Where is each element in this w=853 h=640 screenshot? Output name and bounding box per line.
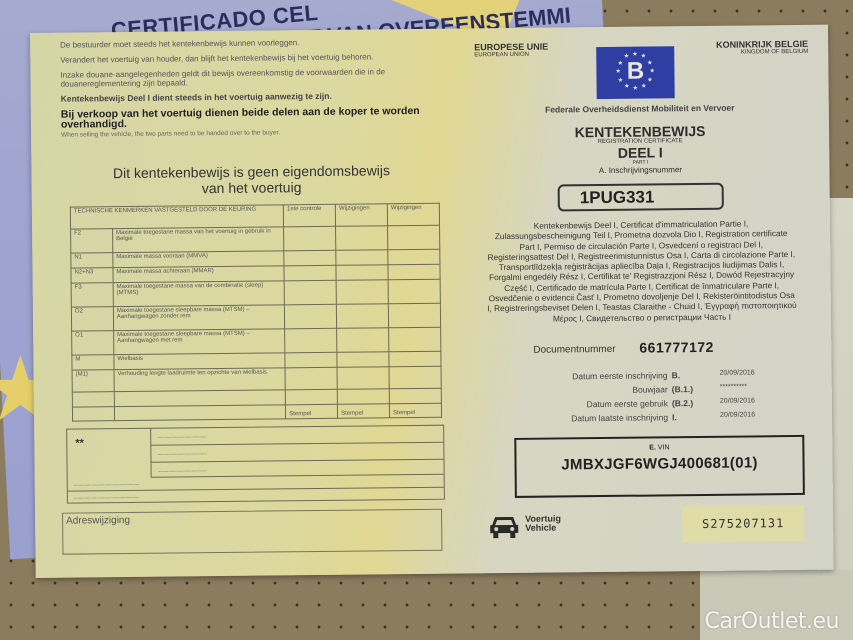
technical-specs-table: TECHNISCHE KENMERKEN VASTGESTELD DOOR DE…: [70, 203, 442, 422]
eu-label: EUROPESE UNIE: [474, 42, 548, 53]
flag-star-icon: ★: [647, 77, 652, 83]
intro-line-3: Inzake douane-aangelegenheden geldt dit …: [60, 67, 440, 89]
date-label: Datum eerste gebruik: [587, 398, 668, 409]
certificate-title-block: KENTEKENBEWIJS REGISTRATION CERTIFICATE …: [451, 123, 830, 178]
vin-label-text: VIN: [658, 444, 670, 451]
tech-value-cell: [286, 389, 338, 405]
country-letter: B: [624, 59, 646, 85]
date-code: B.: [672, 370, 681, 380]
intro-line-2: Verandert het voertuig van houder, dan b…: [60, 52, 440, 65]
tech-description: Maximale toegestane sleepbare massa (MTS…: [113, 305, 285, 331]
notes-marker: **: [75, 437, 84, 449]
date-code: (B.2.): [672, 398, 693, 408]
ownership-notice: Dit kentekenbewijs is geen eigendomsbewi…: [81, 162, 421, 198]
tech-value-cell: [337, 328, 389, 353]
tech-value-cell: [336, 280, 388, 305]
notes-box: ** .....................................…: [66, 425, 445, 504]
tech-code: F2: [71, 229, 113, 253]
tech-value-cell: [389, 388, 441, 404]
tech-value-cell: [285, 367, 337, 390]
tech-table-column-header: Wijzigingen: [387, 203, 439, 226]
tech-value-cell: [285, 328, 337, 353]
tech-value-cell: [389, 366, 441, 389]
notes-full-line: ........................................…: [68, 488, 444, 505]
certificate-left-panel: De bestuurder moet steeds het kentekenbe…: [30, 29, 456, 578]
stamp-label: Stempel: [338, 404, 390, 419]
tech-code: N2+N3: [71, 268, 113, 283]
tech-value-cell: [337, 352, 389, 368]
tech-value-cell: [337, 367, 389, 390]
intro-line-1: De bestuurder moet steeds het kentekenbe…: [60, 37, 440, 50]
flag-star-icon: ★: [649, 68, 654, 74]
tech-value-cell: [388, 303, 440, 328]
eu-belgium-flag-icon: ★★★★★★★★★★★★ B: [596, 46, 675, 99]
tech-table-column-header: Wijzigingen: [335, 204, 387, 227]
date-code: I.: [672, 412, 677, 422]
date-code: (B.1.): [672, 384, 693, 394]
tech-value-cell: [336, 250, 388, 266]
tech-value-cell: [388, 249, 440, 265]
address-change-box: Adreswijziging: [62, 509, 442, 555]
tech-code: (M1): [72, 370, 114, 392]
empty-cell: [72, 407, 114, 421]
tech-value-cell: [389, 327, 441, 352]
tech-value-cell: [284, 250, 336, 266]
tech-code: [72, 392, 114, 407]
tech-value-cell: [336, 226, 388, 251]
tech-value-cell: [285, 304, 337, 329]
vin-box: E. VIN JMBXJGF6WGJ400681(01): [514, 435, 805, 498]
tech-value-cell: [388, 279, 440, 304]
notes-marker-cell: [67, 429, 152, 479]
vehicle-label-en: Vehicle: [525, 523, 561, 532]
date-row: Datum laatste inschrijvingI.20/09/2016: [484, 411, 814, 428]
dates-list: Datum eerste inschrijvingB.20/09/2016Bou…: [484, 369, 815, 428]
tech-code: O2: [71, 307, 113, 331]
intro-text: De bestuurder moet steeds het kentekenbe…: [60, 37, 441, 146]
tech-value-cell: [388, 264, 440, 280]
date-value: 20/09/2016: [720, 397, 755, 404]
eu-star-icon: ★: [0, 350, 30, 430]
country-header: KONINKRIJK BELGIE KINGDOM OF BELGIUM: [716, 39, 808, 56]
document-number-label: Documentnummer: [533, 344, 615, 356]
multilingual-title: Kentekenbewijs Deel I, Certificat d'imma…: [486, 218, 797, 324]
eu-label-en: EUROPEAN UNION: [474, 52, 548, 59]
serial-number: S275207131: [682, 505, 804, 542]
tech-value-cell: [388, 225, 440, 250]
date-value: 20/09/2016: [720, 411, 755, 418]
address-change-label: Adreswijziging: [66, 515, 130, 527]
flag-star-icon: ★: [618, 77, 623, 83]
tech-table-header: TECHNISCHE KENMERKEN VASTGESTELD DOOR DE…: [70, 205, 283, 229]
car-icon: [489, 513, 519, 539]
tech-value-cell: [284, 226, 336, 251]
registration-certificate: De bestuurder moet steeds het kentekenbe…: [30, 25, 834, 578]
tech-code: O1: [72, 331, 114, 355]
flag-star-icon: ★: [615, 69, 620, 75]
date-label: Datum laatste inschrijving: [571, 412, 668, 423]
date-value: 20/09/2016: [720, 369, 755, 376]
stamp-row: StempelStempelStempel: [72, 403, 441, 421]
caroutlet-watermark: CarOutlet.eu: [704, 609, 839, 634]
tech-value-cell: [337, 389, 389, 405]
tech-table-column-header: 1ste controle: [284, 204, 336, 227]
country-label-en: KINGDOM OF BELGIUM: [716, 49, 808, 56]
tech-value-cell: [336, 265, 388, 281]
stamp-label: Stempel: [286, 404, 338, 419]
registration-number: 1PUG331: [558, 183, 724, 212]
tech-description: Maximale toegestane sleepbare massa (MTS…: [114, 329, 286, 355]
tech-description: Verhouding lengte laadruimte ten opzicht…: [114, 368, 286, 392]
tech-description: Maximale toegestane massa van het voertu…: [112, 227, 284, 253]
date-label: Bouwjaar: [632, 384, 668, 394]
empty-cell: [114, 405, 285, 421]
tech-value-cell: [389, 351, 441, 367]
tech-value-cell: [284, 265, 336, 281]
tech-value-cell: [284, 280, 336, 305]
tech-value-cell: [285, 352, 337, 368]
stamp-label: Stempel: [389, 403, 441, 418]
vin-label: E. VIN: [516, 443, 802, 453]
tech-code: M: [72, 355, 114, 370]
flag-star-icon: ★: [618, 60, 623, 66]
sale-notice: Bij verkoop van het voertuig dienen beid…: [61, 106, 441, 130]
vin-value: JMBXJGF6WGJ400681(01): [516, 454, 802, 474]
tech-code: F3: [71, 283, 113, 307]
vin-code: E.: [649, 444, 656, 451]
tech-code: N1: [71, 253, 113, 268]
keep-in-vehicle-notice: Kentekenbewijs Deel I dient steeds in he…: [61, 91, 441, 104]
date-label: Datum eerste inschrijving: [572, 370, 668, 381]
vehicle-label: Voertuig Vehicle: [525, 514, 561, 532]
date-value: **********: [720, 384, 747, 391]
issuing-authority: Federale Overheidsdienst Mobiliteit en V…: [451, 102, 829, 116]
tech-value-cell: [336, 304, 388, 329]
document-number: 661777172: [639, 339, 714, 356]
eu-header: EUROPESE UNIE EUROPEAN UNION: [474, 42, 548, 59]
flag-star-icon: ★: [633, 86, 638, 92]
certificate-right-panel: EUROPESE UNIE EUROPEAN UNION ★★★★★★★★★★★…: [450, 25, 834, 574]
flag-star-icon: ★: [647, 60, 652, 66]
tech-description: Maximale toegestane massa van de combina…: [113, 281, 285, 307]
